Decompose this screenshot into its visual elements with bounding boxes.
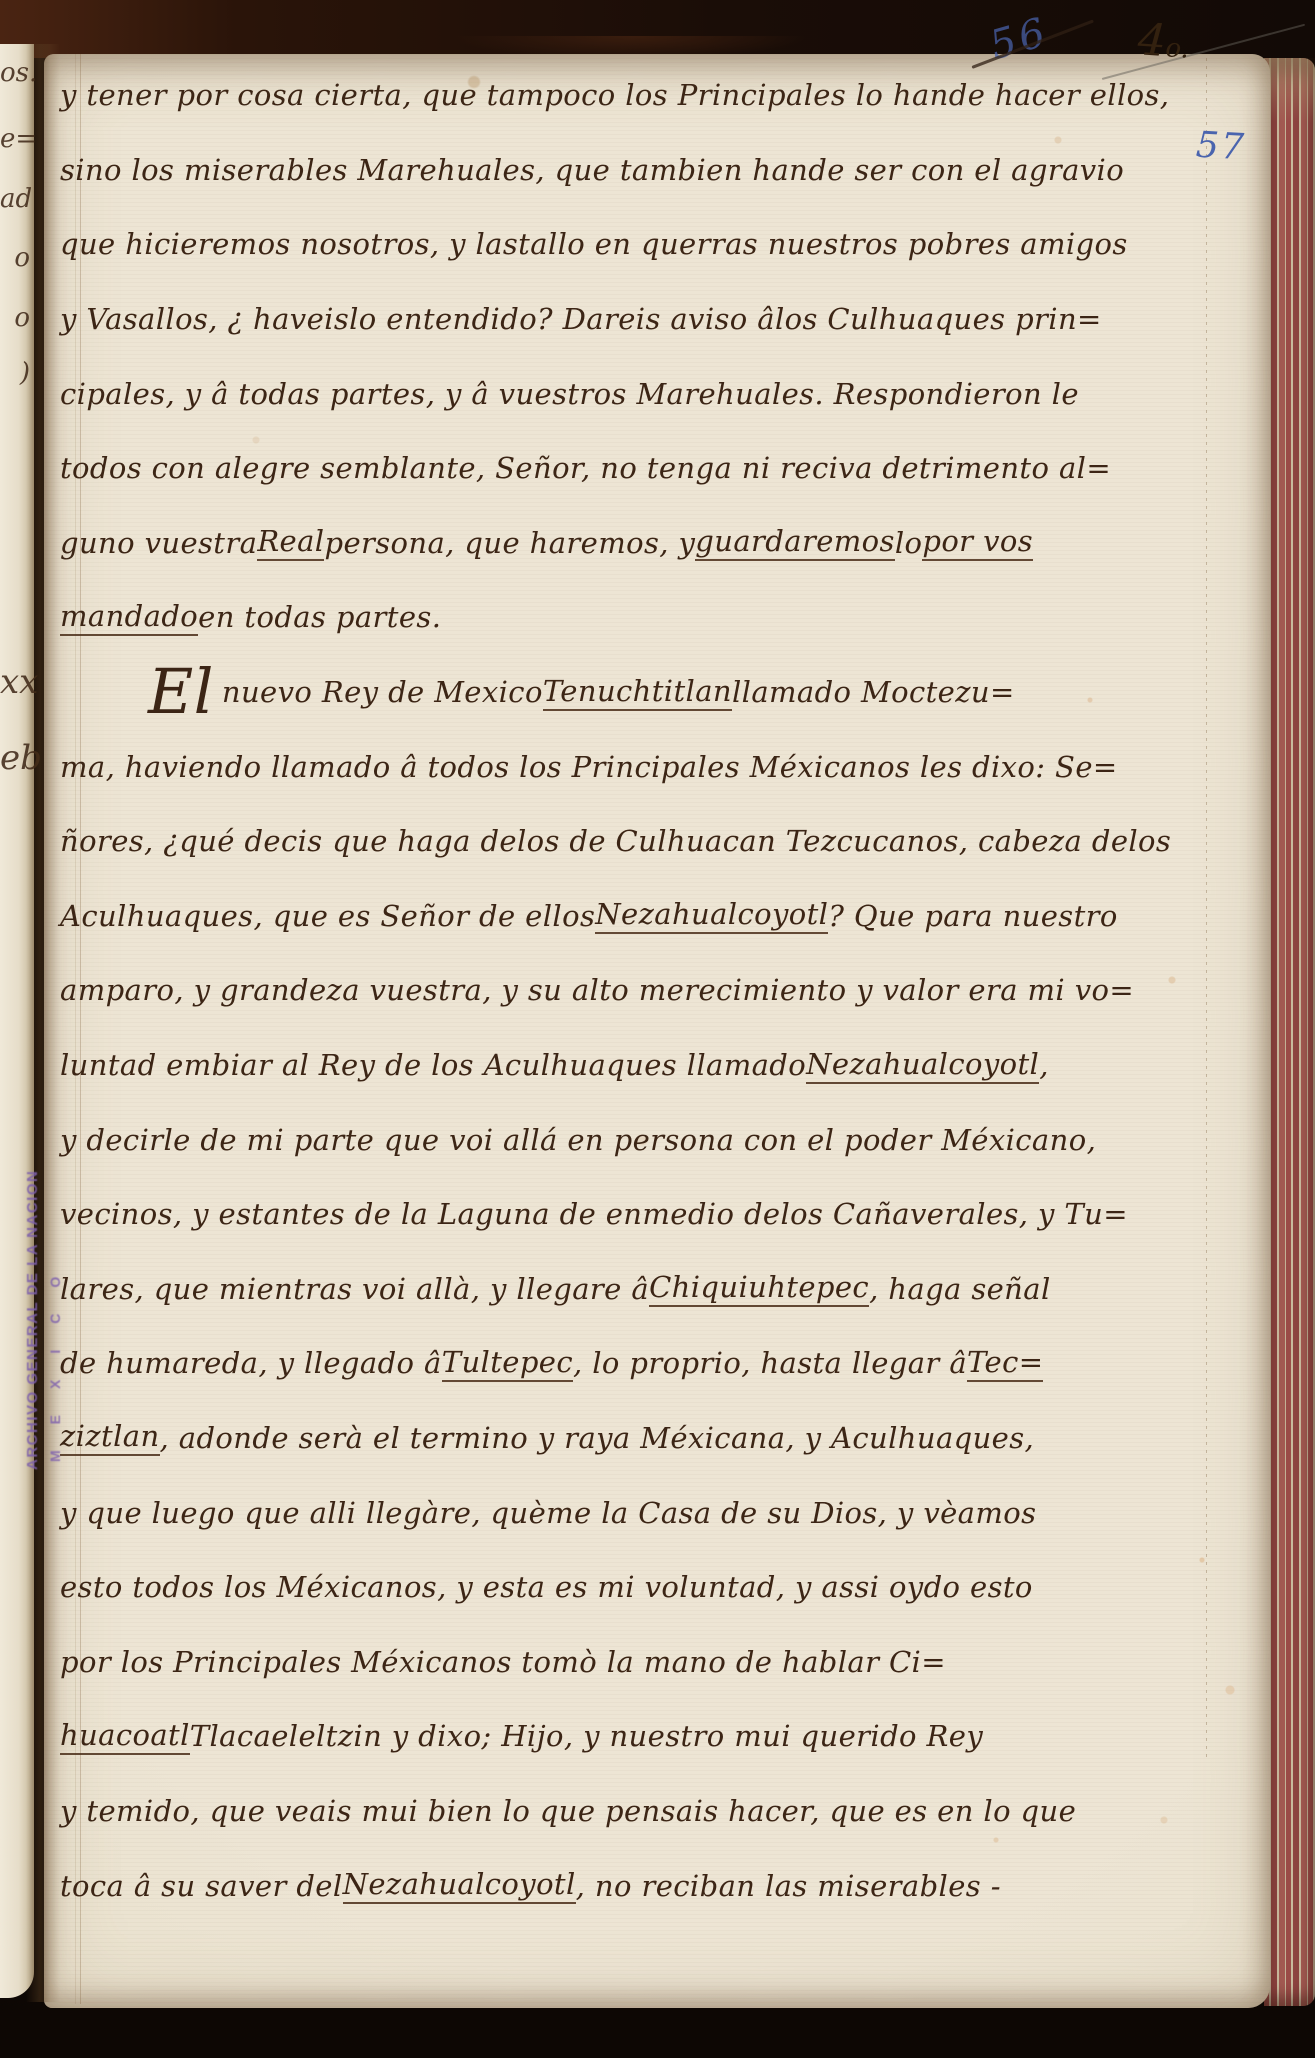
archive-stamp-line2: MEXICO (47, 1136, 63, 1470)
manuscript-line: El nuevo Rey de Mexico Tenuchtitlan llam… (60, 655, 1214, 730)
manuscript-line: vecinos, y estantes de la Laguna de enme… (60, 1177, 1214, 1252)
manuscript-line: ñores, ¿qué decis que haga delos de Culh… (60, 804, 1214, 879)
gutter-fragment: e= (0, 124, 30, 154)
manuscript-lines: y tener por cosa cierta, que tampoco los… (60, 58, 1214, 1923)
manuscript-scan: os.e=adoo)xxeb y tener por cosa cierta, … (0, 0, 1315, 2058)
gutter-fragment: eb (0, 738, 30, 778)
manuscript-line: ma, haviendo llamado â todos los Princip… (60, 729, 1214, 804)
manuscript-line: cipales, y â todas partes, y â vuestros … (60, 356, 1214, 431)
manuscript-line: luntad embiar al Rey de los Aculhuaques … (60, 1028, 1214, 1103)
manuscript-line: y tener por cosa cierta, que tampoco los… (60, 58, 1214, 133)
manuscript-line: y temido, que veais mui bien lo que pens… (60, 1774, 1214, 1849)
manuscript-line: de humareda, y llegado â Tultepec, lo pr… (60, 1326, 1214, 1401)
manuscript-line: huacoatl Tlacaeleltzin y dixo; Hijo, y n… (60, 1699, 1214, 1774)
manuscript-line: y que luego que alli llegàre, quème la C… (60, 1475, 1214, 1550)
manuscript-line: sino los miserables Marehuales, que tamb… (60, 133, 1214, 208)
gutter-fragment: os. (0, 58, 30, 88)
page-number-blue: 57 (1195, 125, 1247, 169)
gutter-fragment: o (0, 303, 30, 333)
book-binding-top (0, 0, 1315, 58)
manuscript-line: y decirle de mi parte que voi allá en pe… (60, 1102, 1214, 1177)
folio-number-suffix: o. (1164, 33, 1190, 65)
manuscript-line: amparo, y grandeza vuestra, y su alto me… (60, 953, 1214, 1028)
manuscript-line: por los Principales Méxicanos tomò la ma… (60, 1624, 1214, 1699)
archive-stamp-line1: ARCHIVO GENERAL DE LA NACION (24, 1136, 41, 1470)
manuscript-line: todos con alegre semblante, Señor, no te… (60, 431, 1214, 506)
manuscript-line: guno vuestra Real persona, que haremos, … (60, 506, 1214, 581)
manuscript-line: que hicieremos nosotros, y lastallo en q… (60, 207, 1214, 282)
gutter-fragment: xx (0, 662, 30, 702)
manuscript-line: y Vasallos, ¿ haveislo entendido? Dareis… (60, 282, 1214, 357)
folio-number: 4o. (1136, 14, 1191, 68)
archive-stamp: ARCHIVO GENERAL DE LA NACION MEXICO (24, 1136, 63, 1470)
book-fore-edge (1264, 58, 1315, 2006)
manuscript-line: esto todos los Méxicanos, y esta es mi v… (60, 1550, 1214, 1625)
gutter-fragment: o (0, 243, 30, 273)
folio-number-main: 4 (1136, 14, 1167, 67)
manuscript-line: ziztlan, adonde serà el termino y raya M… (60, 1401, 1214, 1476)
manuscript-line: mandado en todas partes. (60, 580, 1214, 655)
manuscript-line: Aculhuaques, que es Señor de ellos Nezah… (60, 879, 1214, 954)
gutter-fragment: ) (0, 358, 30, 388)
manuscript-line: toca â su saver del Nezahualcoyotl, no r… (60, 1848, 1214, 1923)
manuscript-line: lares, que mientras voi allà, y llegare … (60, 1252, 1214, 1327)
gutter-fragment: ad (0, 184, 30, 214)
facing-page-edge (0, 44, 34, 1998)
